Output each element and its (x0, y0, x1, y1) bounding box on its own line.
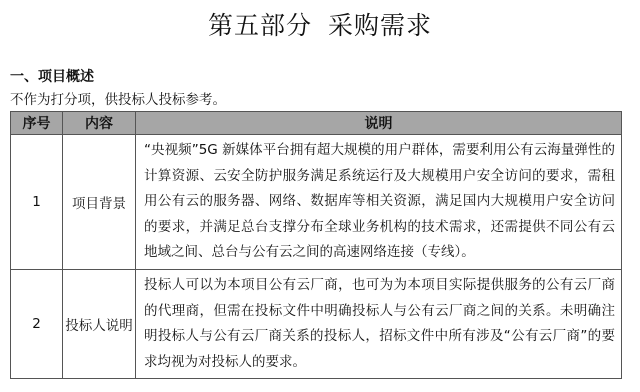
row-content: 项目背景 (63, 135, 136, 270)
requirements-table: 序号 内容 说明 1 项目背景 “央视频”5G 新媒体平台拥有超大规模的用户群体… (10, 111, 622, 379)
header-no: 序号 (11, 112, 63, 135)
table-header-row: 序号 内容 说明 (11, 112, 622, 135)
header-content: 内容 (63, 112, 136, 135)
row-description: 投标人可以为本项目公有云厂商，也可为为本项目实际提供服务的公有云厂商的代理商，但… (136, 269, 622, 378)
row-content: 投标人说明 (63, 269, 136, 378)
row-description: “央视频”5G 新媒体平台拥有超大规模的用户群体，需要利用公有云海量弹性的计算资… (136, 135, 622, 270)
title-part: 第五部分 (208, 11, 312, 40)
section-note: 不作为打分项，供投标人投标参考。 (10, 88, 226, 108)
table-row: 2 投标人说明 投标人可以为本项目公有云厂商，也可为为本项目实际提供服务的公有云… (11, 269, 622, 378)
header-description: 说明 (136, 112, 622, 135)
row-no: 1 (11, 135, 63, 270)
page-title: 第五部分采购需求 (0, 6, 640, 42)
section-heading: 一、项目概述 (10, 66, 94, 86)
table-row: 1 项目背景 “央视频”5G 新媒体平台拥有超大规模的用户群体，需要利用公有云海… (11, 135, 622, 270)
row-no: 2 (11, 269, 63, 378)
title-name: 采购需求 (328, 11, 432, 40)
